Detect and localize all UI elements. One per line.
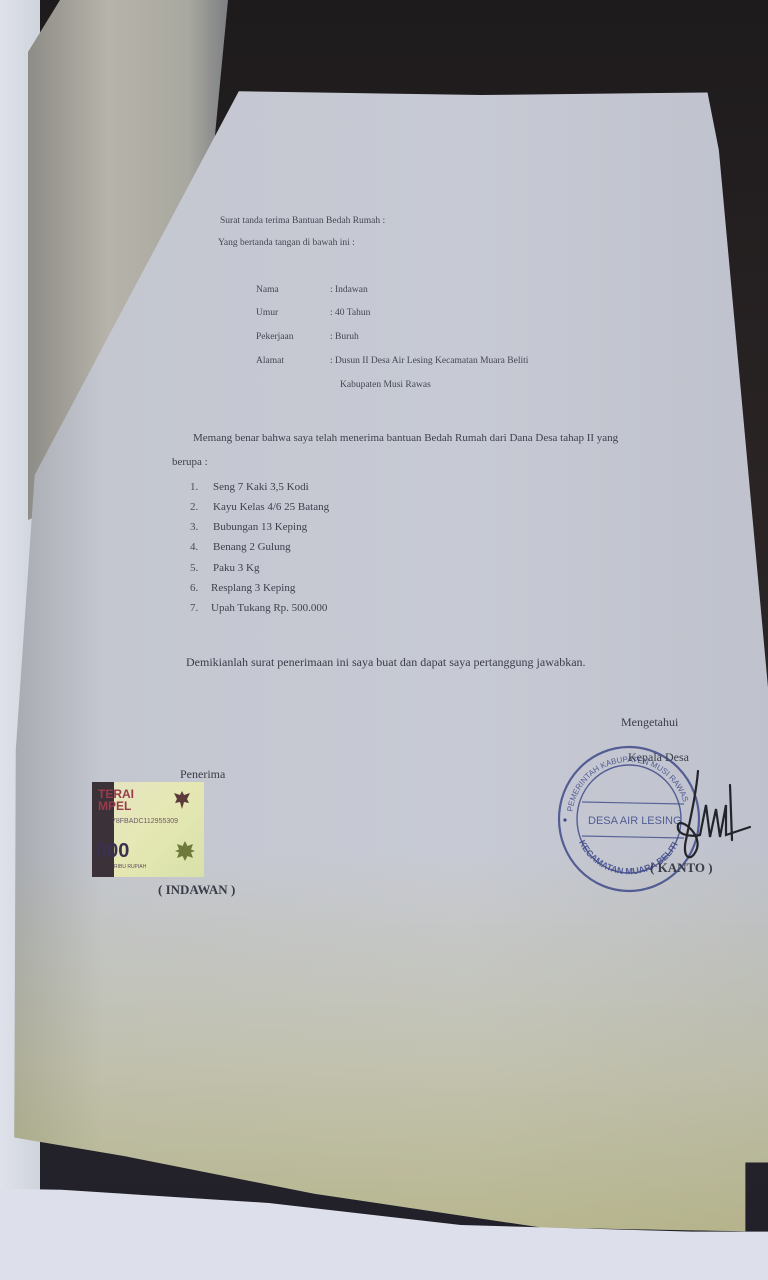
receipt-letter: Surat tanda terima Bantuan Bedah Rumah :…	[0, 0, 768, 1280]
list-item: Bubungan 13 Keping	[213, 521, 307, 533]
field-value-name: : Indawan	[330, 285, 368, 295]
closing-statement: Demikianlah surat penerimaan ini saya bu…	[186, 655, 586, 670]
statement-line-1: Memang benar bahwa saya telah menerima b…	[193, 432, 618, 444]
eight-point-star-icon	[174, 840, 196, 862]
meterai-serial: 78FBADC112955309	[112, 818, 178, 825]
letter-title: Surat tanda terima Bantuan Bedah Rumah :	[220, 216, 385, 226]
list-item: Kayu Kelas 4/6 25 Batang	[213, 501, 329, 513]
head-name: ( KANTO )	[650, 860, 713, 876]
garuda-emblem-icon	[170, 788, 194, 812]
list-item: Benang 2 Gulung	[213, 541, 291, 553]
meterai-value: 000	[96, 840, 129, 863]
list-item: Resplang 3 Keping	[211, 582, 295, 594]
statement-line-2: berupa :	[172, 456, 208, 468]
field-label-occupation: Pekerjaan	[256, 332, 293, 342]
field-value-address-continued: Kabupaten Musi Rawas	[340, 380, 431, 390]
handwritten-signature	[660, 765, 760, 875]
list-item-number: 5.	[190, 562, 198, 574]
acknowledge-label: Mengetahui	[621, 715, 678, 730]
list-item-number: 6.	[190, 582, 198, 594]
list-item-number: 1.	[190, 481, 198, 493]
list-item-number: 7.	[190, 602, 198, 614]
list-item: Seng 7 Kaki 3,5 Kodi	[213, 481, 309, 493]
list-item: Paku 3 Kg	[213, 562, 259, 574]
field-label-age: Umur	[256, 308, 278, 318]
receiver-label: Penerima	[180, 767, 225, 782]
meterai-title: TERAI MPEL	[98, 788, 134, 812]
meterai-value-subtitle: RIBU RUPIAH	[114, 864, 146, 870]
list-item: Upah Tukang Rp. 500.000	[211, 602, 327, 614]
field-label-address: Alamat	[256, 356, 284, 366]
field-value-age: : 40 Tahun	[330, 308, 370, 318]
list-item-number: 4.	[190, 541, 198, 553]
list-item-number: 2.	[190, 501, 198, 513]
field-value-address: : Dusun II Desa Air Lesing Kecamatan Mua…	[330, 356, 528, 366]
field-value-occupation: : Buruh	[330, 332, 359, 342]
intro-line: Yang bertanda tangan di bawah ini :	[218, 238, 355, 248]
receiver-name: ( INDAWAN )	[158, 882, 235, 898]
field-label-name: Nama	[256, 285, 279, 295]
list-item-number: 3.	[190, 521, 198, 533]
head-title: Kepala Desa	[628, 750, 689, 765]
meterai-stamp: TERAI MPEL 78FBADC112955309 000 RIBU RUP…	[92, 782, 204, 877]
